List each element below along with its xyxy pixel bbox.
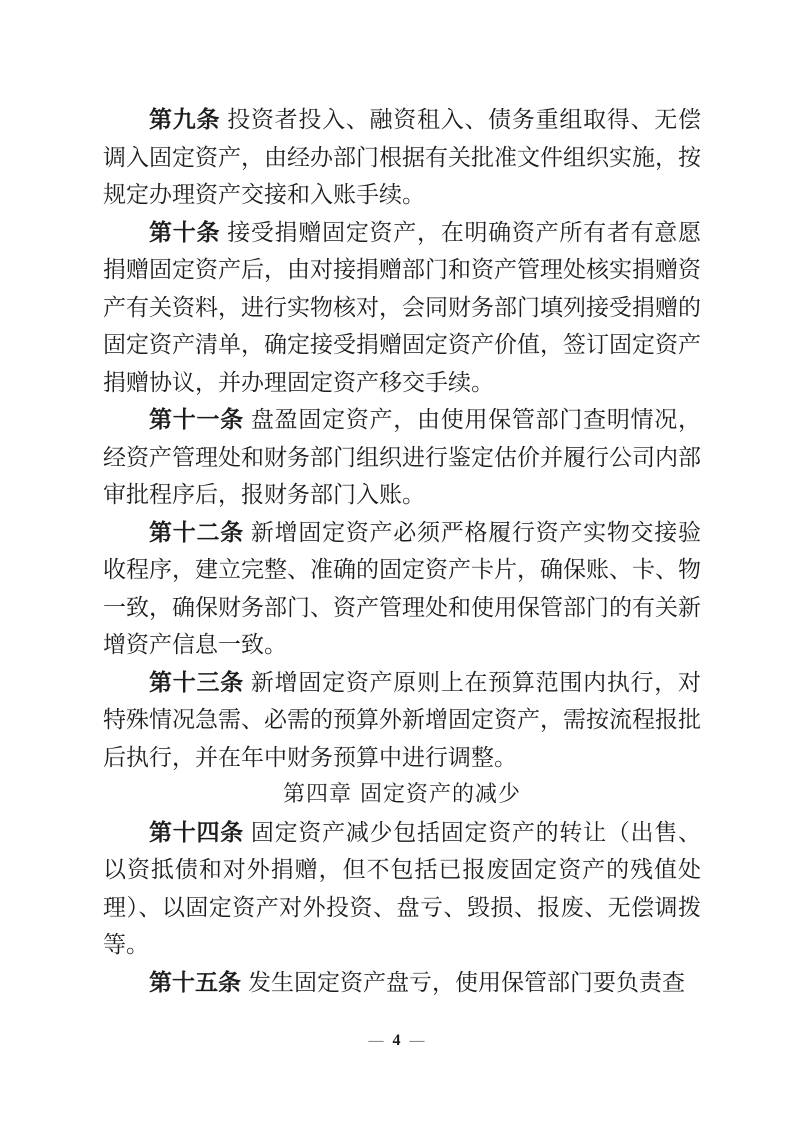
article-10-text: 接受捐赠固定资产，在明确资产所有者有意愿捐赠固定资产后，由对接捐赠部门和资产管理… [103,220,701,395]
chapter-4-heading: 第四章 固定资产的减少 [103,776,701,814]
article-15-paragraph: 第十五条发生固定资产盘亏，使用保管部门要负责查 [103,964,701,1002]
article-14-number: 第十四条 [149,820,244,845]
page-content: 第九条投资者投入、融资租入、债务重组取得、无偿调入固定资产，由经办部门根据有关批… [103,101,701,1001]
article-15-number: 第十五条 [149,970,241,995]
article-11-number: 第十一条 [149,407,244,432]
document-page: 第九条投资者投入、融资租入、债务重组取得、无偿调入固定资产，由经办部门根据有关批… [0,0,793,1122]
article-11-paragraph: 第十一条盘盈固定资产，由使用保管部门查明情况，经资产管理处和财务部门组织进行鉴定… [103,401,701,514]
article-12-number: 第十二条 [149,520,244,545]
article-13-paragraph: 第十三条新增固定资产原则上在预算范围内执行，对特殊情况急需、必需的预算外新增固定… [103,664,701,777]
article-10-paragraph: 第十条接受捐赠固定资产，在明确资产所有者有意愿捐赠固定资产后，由对接捐赠部门和资… [103,214,701,402]
article-9-paragraph: 第九条投资者投入、融资租入、债务重组取得、无偿调入固定资产，由经办部门根据有关批… [103,101,701,214]
article-12-paragraph: 第十二条新增固定资产必须严格履行资产实物交接验收程序，建立完整、准确的固定资产卡… [103,514,701,664]
article-14-paragraph: 第十四条固定资产减少包括固定资产的转让（出售、以资抵债和对外捐赠，但不包括已报废… [103,814,701,964]
article-13-number: 第十三条 [149,670,244,695]
page-footer: —4— [0,1032,793,1050]
article-10-number: 第十条 [149,220,220,245]
article-15-text: 发生固定资产盘亏，使用保管部门要负责查 [248,970,685,995]
page-number: 4 [393,1032,401,1049]
footer-right-dash: — [410,1033,425,1049]
article-9-number: 第九条 [149,107,220,132]
footer-left-dash: — [369,1033,384,1049]
